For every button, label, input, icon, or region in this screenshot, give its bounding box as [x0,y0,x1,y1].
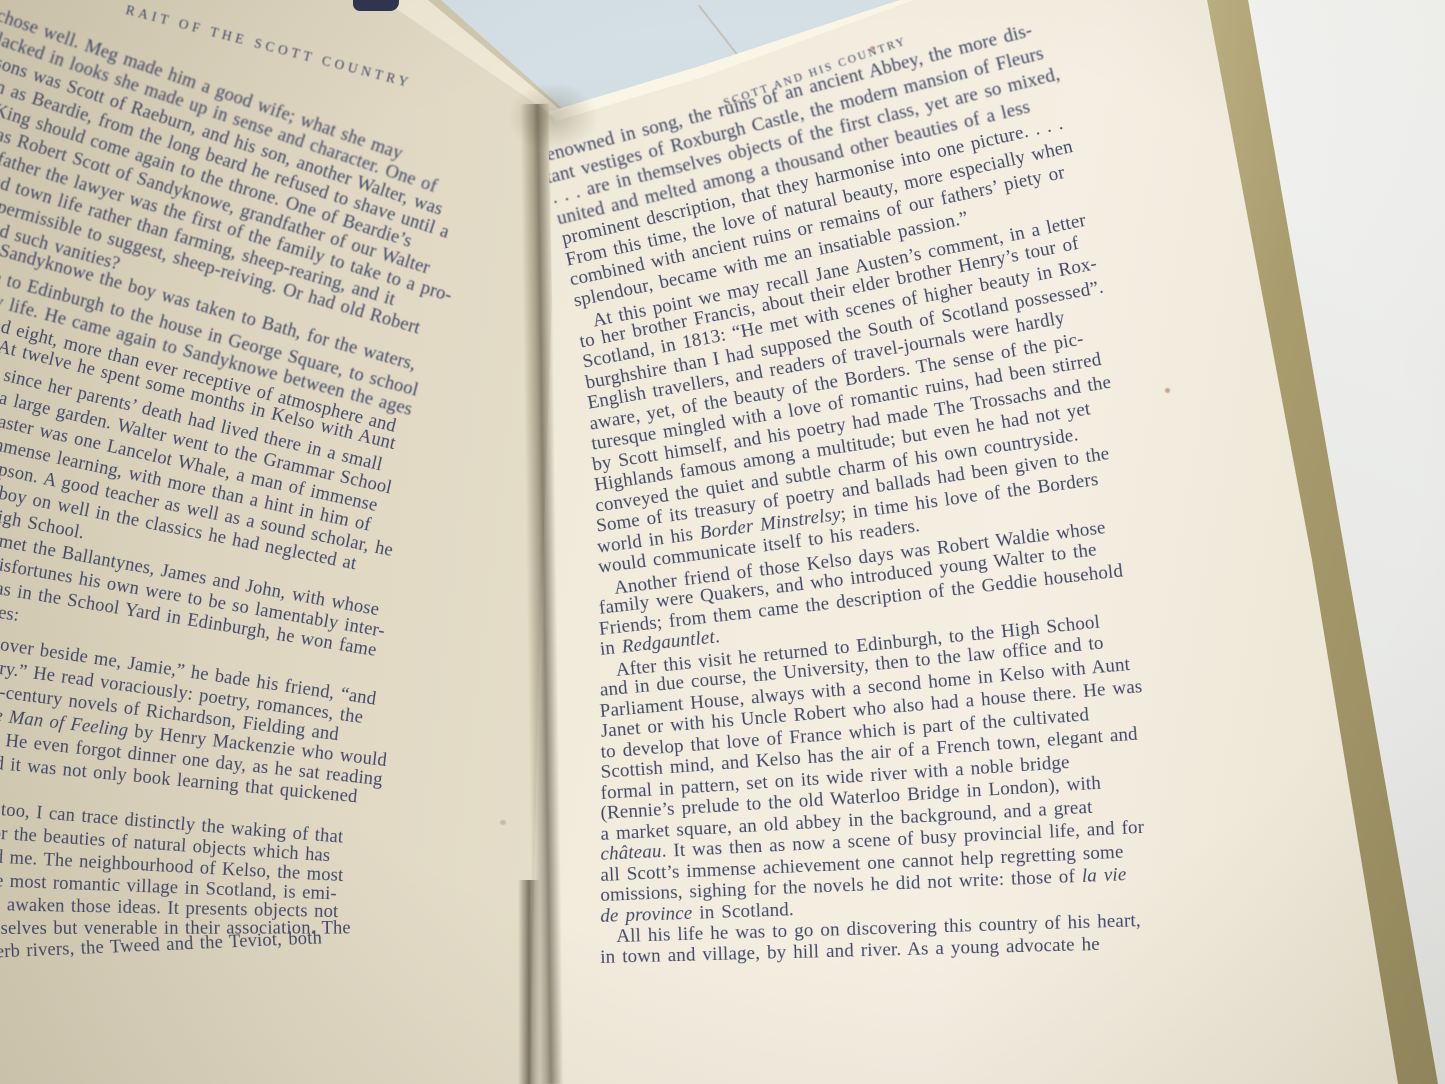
foxing-spot [1165,388,1170,393]
book-cover-corner [353,0,399,11]
gutter-shadow-deep [518,880,540,1084]
text-line: ales: [0,602,20,626]
book-photo: RAIT OF THE SCOTT COUNTRY e chose well. … [0,0,1445,1084]
gutter-vertex-shadow [508,82,598,152]
foxing-spot [500,820,506,825]
foxing-spot [870,46,875,50]
